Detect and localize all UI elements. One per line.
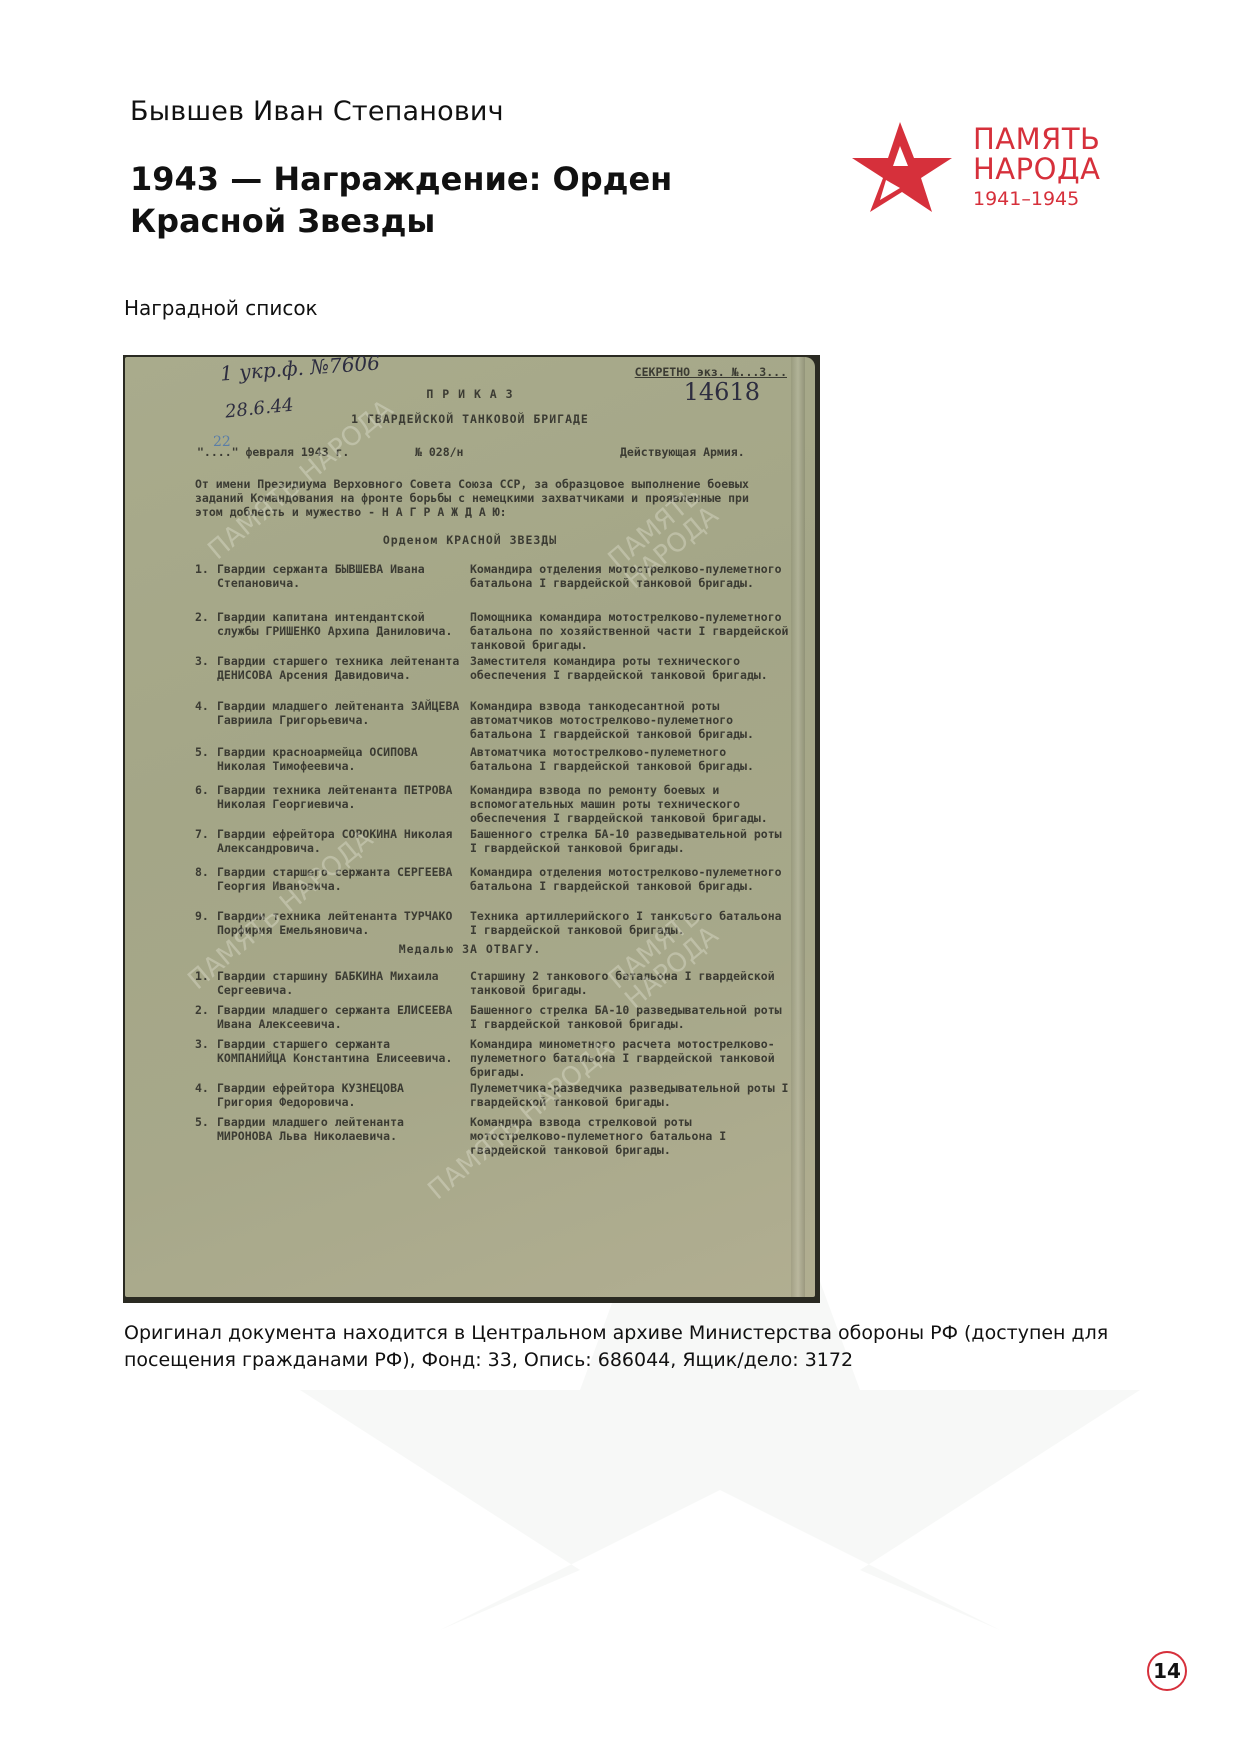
entry-role: Командира взвода по ремонту боевых и всп…: [470, 783, 790, 825]
entry-who: Гвардии красноармейца ОСИПОВА Николая Ти…: [217, 745, 462, 773]
entry-who: Гвардии младшего лейтенанта ЗАЙЦЕВА Гавр…: [217, 699, 462, 727]
archive-source-caption: Оригинал документа находится в Центральн…: [124, 1320, 1124, 1374]
entry-num: 6.: [195, 783, 209, 797]
pamyat-naroda-logo: ПАМЯТЬ НАРОДА 1941–1945: [848, 114, 1128, 224]
document-paper: 1 укр.ф. №7606 28.6.44 СЕКРЕТНО экз. №..…: [125, 357, 815, 1297]
archival-document-scan: 1 укр.ф. №7606 28.6.44 СЕКРЕТНО экз. №..…: [123, 355, 820, 1303]
entry-who: Гвардии младшего лейтенанта МИРОНОВА Льв…: [217, 1115, 462, 1143]
logo-line-2: НАРОДА: [973, 154, 1100, 184]
entry-role: Башенного стрелка БА-10 разведывательной…: [470, 827, 790, 855]
logo-line-1: ПАМЯТЬ: [973, 124, 1100, 154]
entry-num: 4.: [195, 1081, 209, 1095]
entry-num: 5.: [195, 1115, 209, 1129]
logo-years: 1941–1945: [973, 186, 1100, 212]
entry-role: Заместителя командира роты технического …: [470, 654, 790, 682]
paper-fold: [791, 357, 805, 1297]
order-number: № 028/н: [415, 445, 463, 459]
entry-role: Башенного стрелка БА-10 разведывательной…: [470, 1003, 790, 1031]
entry-role: Командира минометного расчета мотострелк…: [470, 1037, 790, 1079]
handwritten-note: 1 укр.ф. №7606: [220, 355, 381, 380]
entry-num: 2.: [195, 610, 209, 624]
document-subtitle: 1 ГВАРДЕЙСКОЙ ТАНКОВОЙ БРИГАДЕ: [125, 412, 815, 426]
entry-num: 5.: [195, 745, 209, 759]
entry-who: Гвардии старшину БАБКИНА Михаила Сергеев…: [217, 969, 462, 997]
red-star-icon: [848, 116, 958, 216]
entry-num: 4.: [195, 699, 209, 713]
secret-mark: СЕКРЕТНО экз. №...3...: [635, 365, 787, 379]
entry-num: 1.: [195, 562, 209, 576]
entry-who: Гвардии младшего сержанта ЕЛИСЕЕВА Ивана…: [217, 1003, 462, 1031]
person-name: Бывшев Иван Степанович: [130, 96, 504, 127]
entry-num: 9.: [195, 909, 209, 923]
entry-num: 8.: [195, 865, 209, 879]
entry-role: Командира взвода танкодесантной роты авт…: [470, 699, 790, 741]
entry-num: 3.: [195, 1037, 209, 1051]
award-title: 1943 — Награждение: Орден Красной Звезды: [130, 158, 750, 242]
document-title: П Р И К А З: [125, 387, 815, 401]
entry-who: Гвардии старшего техника лейтенанта ДЕНИ…: [217, 654, 462, 682]
entry-num: 2.: [195, 1003, 209, 1017]
document-type-label: Наградной список: [124, 296, 318, 320]
entry-who: Гвардии сержанта БЫВШЕВА Ивана Степанови…: [217, 562, 462, 590]
entry-num: 7.: [195, 827, 209, 841]
entry-num: 3.: [195, 654, 209, 668]
entry-who: Гвардии ефрейтора КУЗНЕЦОВА Григория Фед…: [217, 1081, 462, 1109]
entry-role: Помощника командира мотострелково-пулеме…: [470, 610, 790, 652]
entry-who: Гвардии старшего сержанта КОМПАНИЙЦА Кон…: [217, 1037, 462, 1065]
entry-who: Гвардии техника лейтенанта ПЕТРОВА Никол…: [217, 783, 462, 811]
entry-who: Гвардии капитана интендантской службы ГР…: [217, 610, 462, 638]
entry-role: Автоматчика мотострелково-пулеметного ба…: [470, 745, 790, 773]
page-number: 14: [1147, 1651, 1187, 1691]
